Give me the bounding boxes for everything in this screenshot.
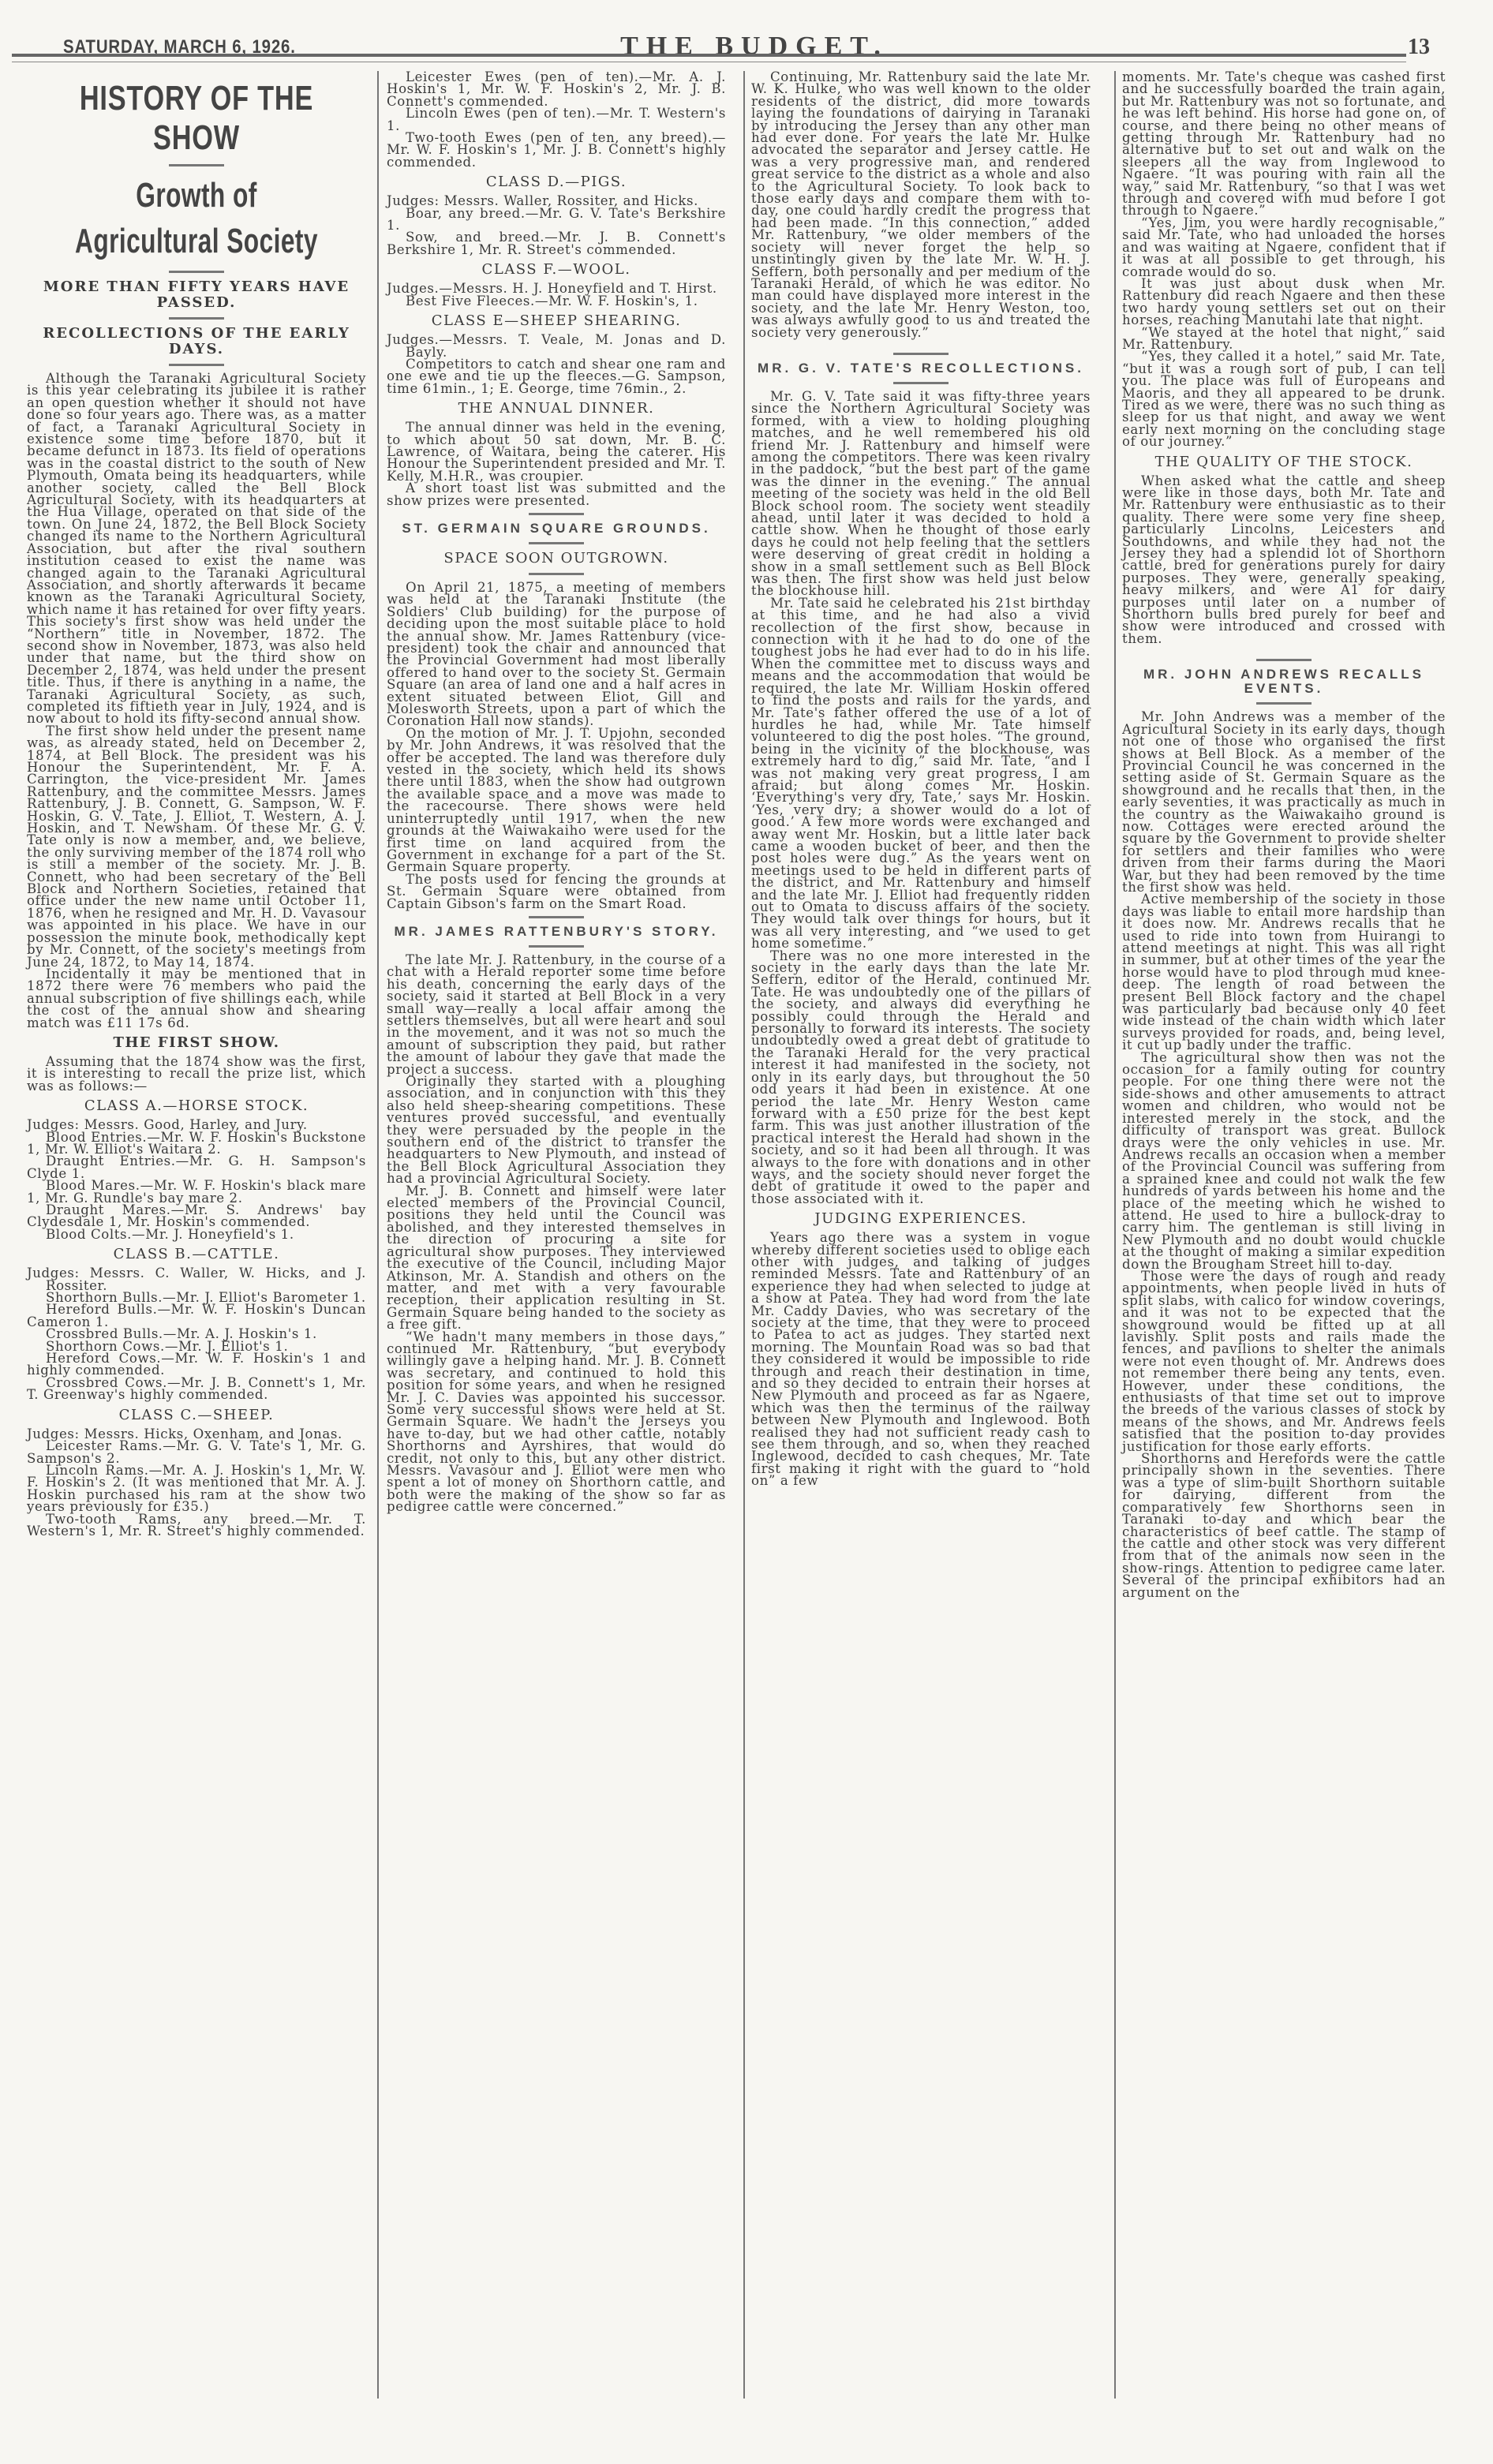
prize-item: Draught Mares.—Mr. S. Andrews' bay Clyde… bbox=[27, 1204, 366, 1228]
paragraph: “We stayed at the hotel that night,” sai… bbox=[1122, 327, 1446, 351]
paragraph: The posts used for fencing the grounds a… bbox=[387, 873, 726, 910]
paragraph: Continuing, Mr. Rattenbury said the late… bbox=[751, 71, 1091, 338]
paragraph: Those were the days of rough and ready a… bbox=[1122, 1270, 1446, 1453]
prize-item: Draught Entries.—Mr. G. H. Sampson's Cly… bbox=[27, 1155, 366, 1180]
prize-item: Leicester Ewes (pen of ten).—Mr. A. J. H… bbox=[387, 71, 726, 107]
judges-line: Judges.—Messrs. T. Veale, M. Jonas and D… bbox=[387, 334, 726, 358]
paragraph: “Yes, Jim, you were hardly recognisable,… bbox=[1122, 217, 1446, 278]
prize-item: Lincoln Rams.—Mr. A. J. Hoskin's 1, Mr. … bbox=[27, 1464, 366, 1513]
article-subheadline: Growth of Agricultural Society bbox=[74, 173, 319, 264]
separator bbox=[1256, 659, 1312, 661]
separator bbox=[529, 542, 584, 544]
prize-item: Blood Colts.—Mr. J. Honeyfield's 1. bbox=[27, 1228, 366, 1240]
separator bbox=[529, 513, 584, 515]
separator bbox=[1256, 702, 1312, 705]
separator bbox=[893, 353, 949, 355]
section-subheading: SPACE SOON OUTGROWN. bbox=[387, 551, 726, 566]
paragraph: “We hadn't many members in those days,” … bbox=[387, 1331, 726, 1513]
column-divider bbox=[377, 71, 379, 2399]
prize-item: Blood Entries.—Mr. W. F. Hoskin's Buckst… bbox=[27, 1131, 366, 1156]
paragraph: Active membership of the society in thos… bbox=[1122, 893, 1446, 1051]
column-divider bbox=[1114, 71, 1116, 2399]
paragraph: The agricultural show then was not the o… bbox=[1122, 1052, 1446, 1270]
section-heading: ST. GERMAIN SQUARE GROUNDS. bbox=[387, 522, 726, 536]
paragraph: Mr. Tate said he celebrated his 21st bir… bbox=[751, 597, 1091, 950]
paragraph: The annual dinner was held in the evenin… bbox=[387, 421, 726, 482]
prize-item: Hereford Cows.—Mr. W. F. Hoskin's 1 and … bbox=[27, 1352, 366, 1377]
prize-item: Hereford Bulls.—Mr. W. F. Hoskin's Dunca… bbox=[27, 1303, 366, 1328]
separator bbox=[529, 916, 584, 918]
paragraph: A short toast list was submitted and the… bbox=[387, 482, 726, 507]
prize-item: Two-tooth Rams, any breed.—Mr. T. Wester… bbox=[27, 1513, 366, 1538]
paragraph: “Yes, they called it a hotel,” said Mr. … bbox=[1122, 350, 1446, 447]
paragraph: Originally they started with a ploughing… bbox=[387, 1075, 726, 1185]
separator bbox=[529, 573, 584, 575]
paragraph: Mr. John Andrews was a member of the Agr… bbox=[1122, 711, 1446, 893]
prize-item: Blood Mares.—Mr. W. F. Hoskin's black ma… bbox=[27, 1180, 366, 1204]
article-headline: HISTORY OF THE SHOW bbox=[64, 79, 328, 158]
prize-item: Boar, any breed.—Mr. G. V. Tate's Berksh… bbox=[387, 208, 726, 232]
paragraph: Mr. J. B. Connett and himself were later… bbox=[387, 1185, 726, 1331]
separator bbox=[169, 164, 224, 166]
paragraph: Years ago there was a system in vogue wh… bbox=[751, 1232, 1091, 1487]
class-heading: CLASS A.—HORSE STOCK. bbox=[27, 1098, 366, 1114]
page-number: 13 bbox=[1408, 35, 1430, 60]
class-heading: CLASS B.—CATTLE. bbox=[27, 1247, 366, 1262]
paragraph: Although the Taranaki Agricultural Socie… bbox=[27, 372, 366, 725]
section-heading: JUDGING EXPERIENCES. bbox=[751, 1211, 1091, 1227]
separator bbox=[893, 382, 949, 384]
section-heading: THE ANNUAL DINNER. bbox=[387, 401, 726, 417]
section-heading: THE FIRST SHOW. bbox=[27, 1035, 366, 1051]
section-heading: THE QUALITY OF THE STOCK. bbox=[1122, 454, 1446, 470]
paragraph: It was just about dusk when Mr. Rattenbu… bbox=[1122, 278, 1446, 327]
masthead-rule bbox=[12, 54, 1406, 62]
deck-headline: MORE THAN FIFTY YEARS HAVE PASSED. bbox=[27, 279, 366, 311]
class-heading: CLASS E—SHEEP SHEARING. bbox=[387, 313, 726, 329]
deck-headline: RECOLLECTIONS OF THE EARLY DAYS. bbox=[27, 326, 366, 357]
paragraph: On the motion of Mr. J. T. Upjohn, secon… bbox=[387, 727, 726, 873]
judges-line: Judges: Messrs. C. Waller, W. Hicks, and… bbox=[27, 1267, 366, 1292]
column-1: HISTORY OF THE SHOW Growth of Agricultur… bbox=[27, 71, 366, 1537]
prize-item: Two-tooth Ewes (pen of ten, any breed).—… bbox=[387, 132, 726, 168]
column-4: moments. Mr. Tate's cheque was cashed fi… bbox=[1122, 71, 1446, 1598]
prize-item: Competitors to catch and shear one ram a… bbox=[387, 358, 726, 394]
paragraph: There was no one more interested in the … bbox=[751, 950, 1091, 1206]
separator bbox=[169, 364, 224, 366]
separator bbox=[169, 271, 224, 273]
column-2: Leicester Ewes (pen of ten).—Mr. A. J. H… bbox=[387, 71, 726, 1513]
section-heading: MR. G. V. TATE'S RECOLLECTIONS. bbox=[751, 361, 1091, 376]
prize-item: Crossbred Cows.—Mr. J. B. Connett's 1, M… bbox=[27, 1377, 366, 1401]
prize-item: Lincoln Ewes (pen of ten).—Mr. T. Wester… bbox=[387, 107, 726, 132]
prize-item: Sow, and breed.—Mr. J. B. Connett's Berk… bbox=[387, 231, 726, 256]
paragraph: Shorthorns and Herefords were the cattle… bbox=[1122, 1453, 1446, 1598]
paragraph: Assuming that the 1874 show was the firs… bbox=[27, 1056, 366, 1092]
paragraph: When asked what the cattle and sheep wer… bbox=[1122, 475, 1446, 645]
paragraph: moments. Mr. Tate's cheque was cashed fi… bbox=[1122, 71, 1446, 217]
separator bbox=[529, 945, 584, 948]
section-heading: MR. JAMES RATTENBURY'S STORY. bbox=[387, 925, 726, 939]
separator bbox=[169, 317, 224, 320]
class-heading: CLASS D.—PIGS. bbox=[387, 174, 726, 190]
paragraph: Mr. G. V. Tate said it was fifty-three y… bbox=[751, 391, 1091, 597]
prize-item: Best Five Fleeces.—Mr. W. F. Hoskin's, 1… bbox=[387, 295, 726, 307]
paragraph: Incidentally it may be mentioned that in… bbox=[27, 968, 366, 1029]
paragraph: The late Mr. J. Rattenbury, in the cours… bbox=[387, 954, 726, 1075]
class-heading: CLASS F.—WOOL. bbox=[387, 262, 726, 278]
paragraph: On April 21, 1875, a meeting of members … bbox=[387, 581, 726, 727]
section-heading: MR. JOHN ANDREWS RECALLS EVENTS. bbox=[1122, 667, 1446, 696]
column-divider bbox=[743, 71, 745, 2399]
class-heading: CLASS C.—SHEEP. bbox=[27, 1408, 366, 1423]
prize-item: Leicester Rams.—Mr. G. V. Tate's 1, Mr. … bbox=[27, 1440, 366, 1464]
paragraph: The first show held under the present na… bbox=[27, 725, 366, 968]
column-3: Continuing, Mr. Rattenbury said the late… bbox=[751, 71, 1091, 1487]
